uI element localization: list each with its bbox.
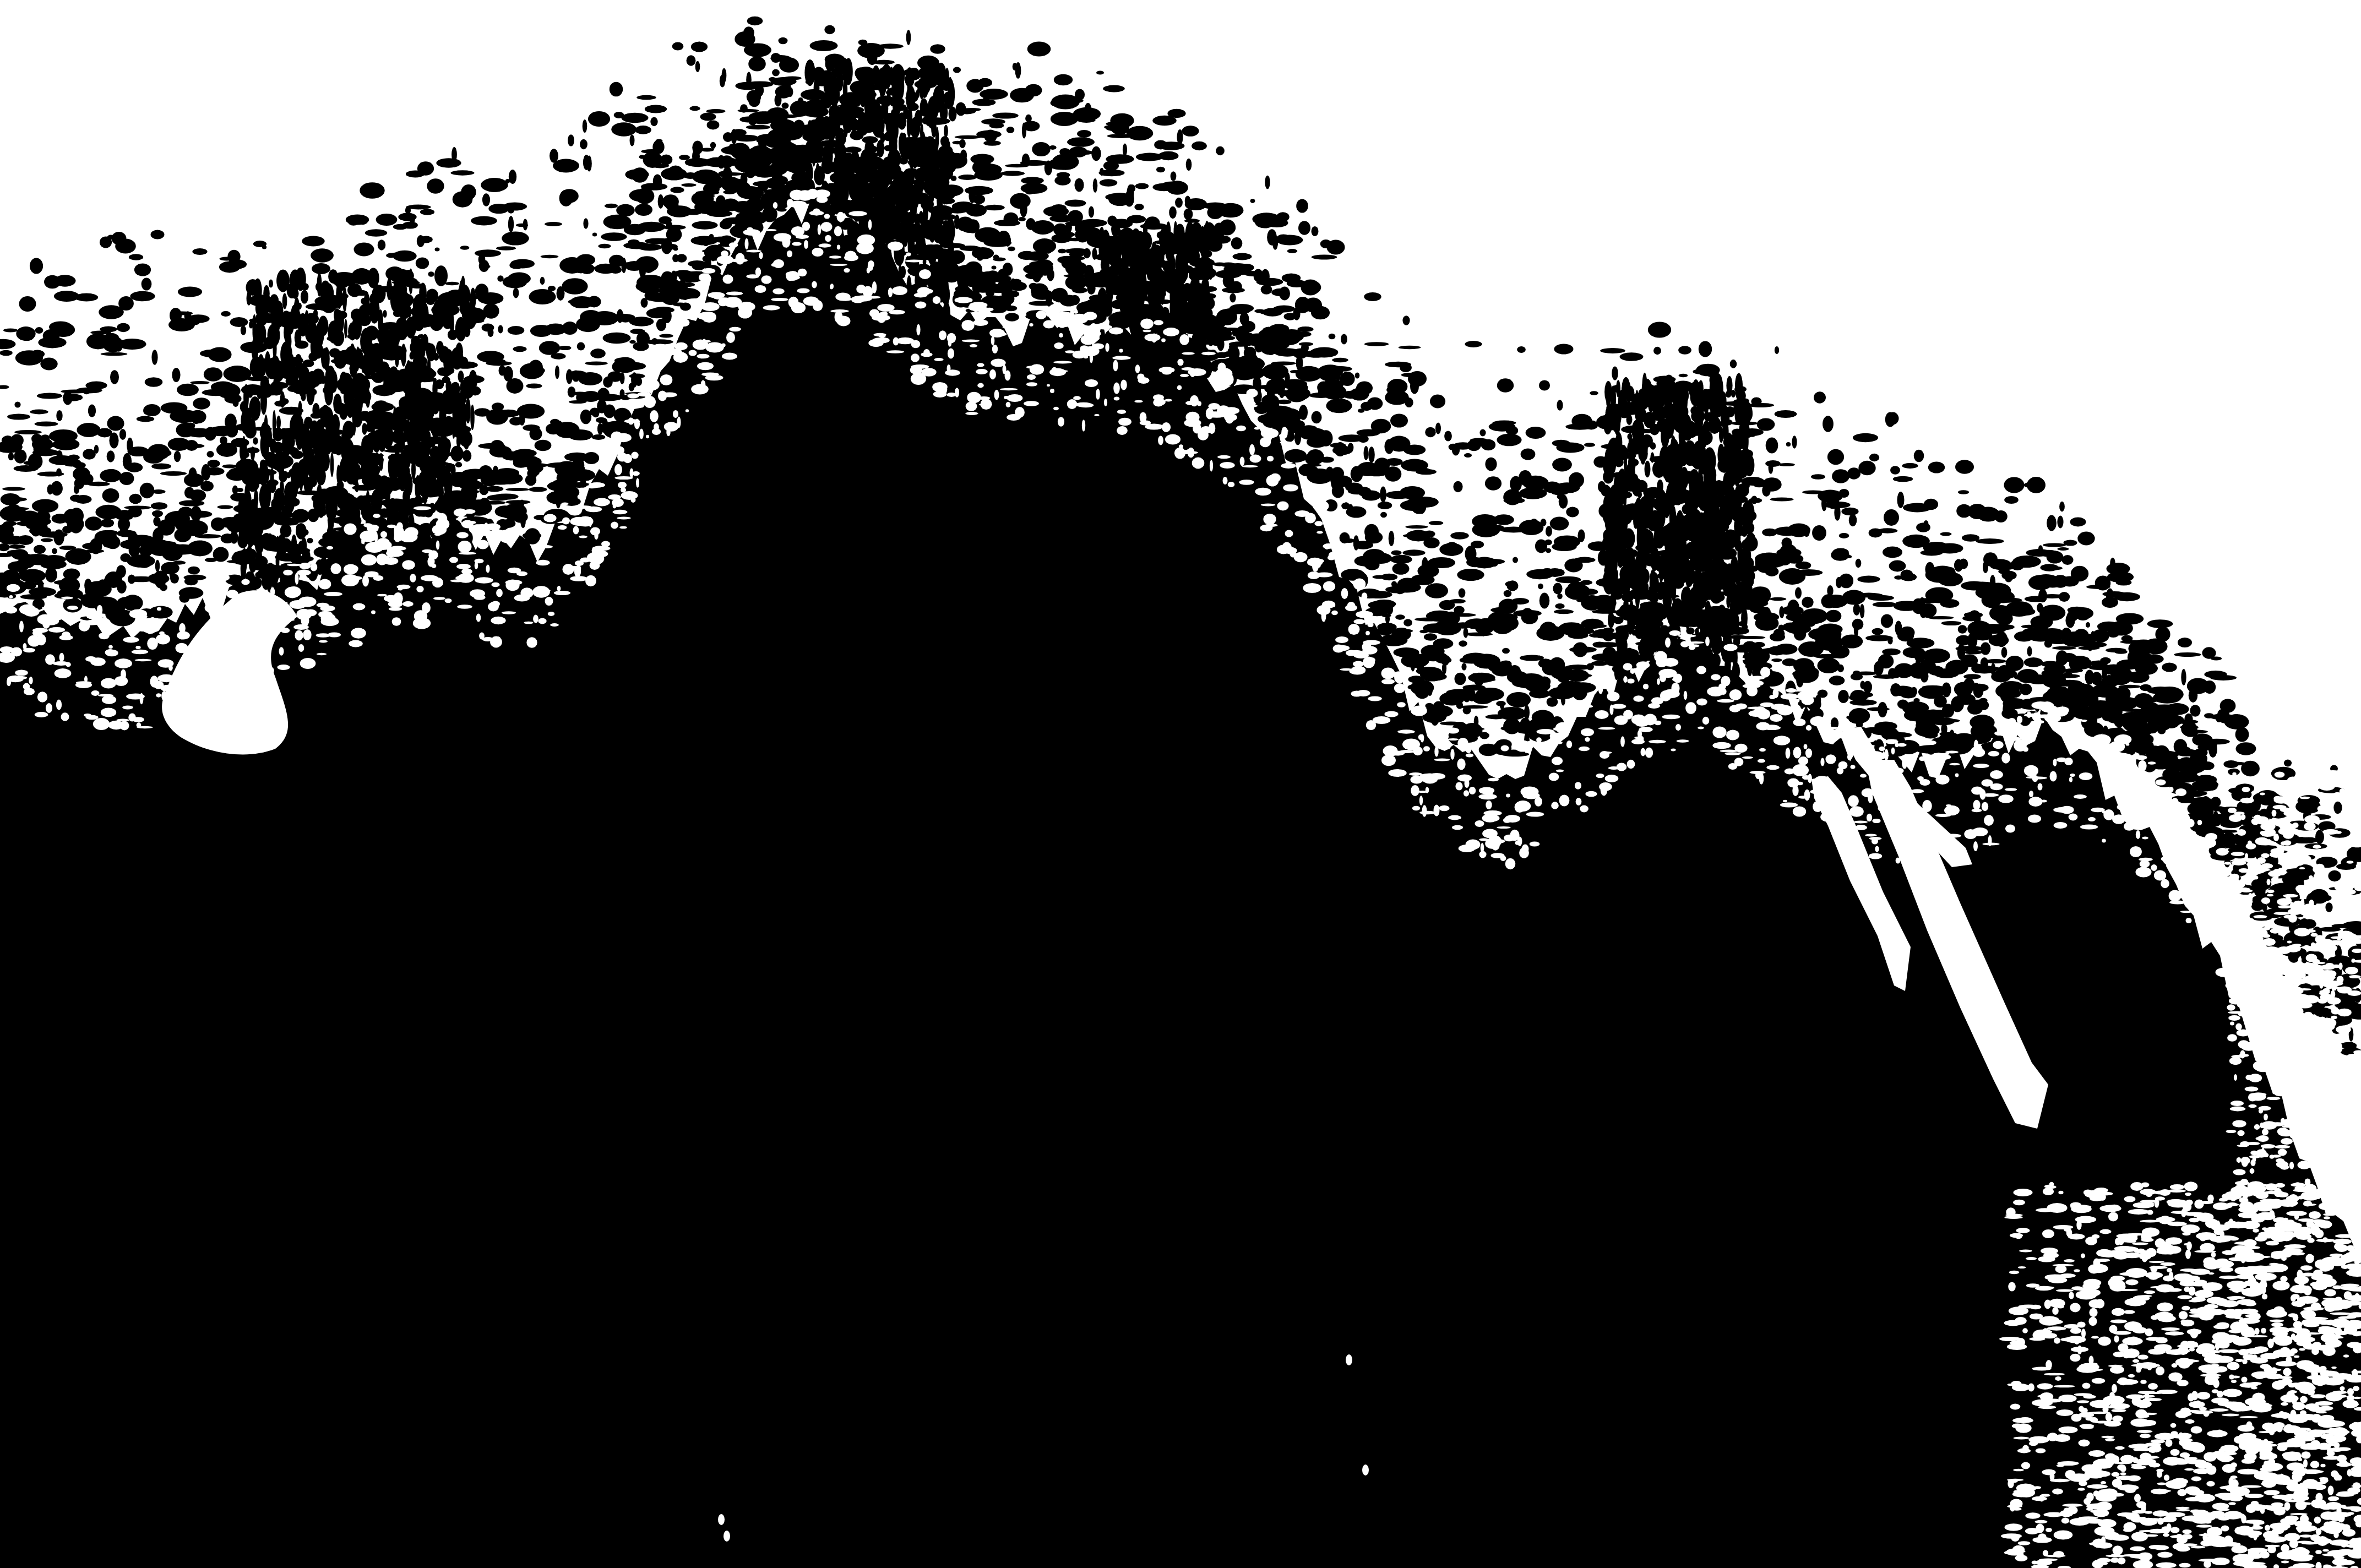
binarized-foliage-photo <box>0 0 2361 1568</box>
